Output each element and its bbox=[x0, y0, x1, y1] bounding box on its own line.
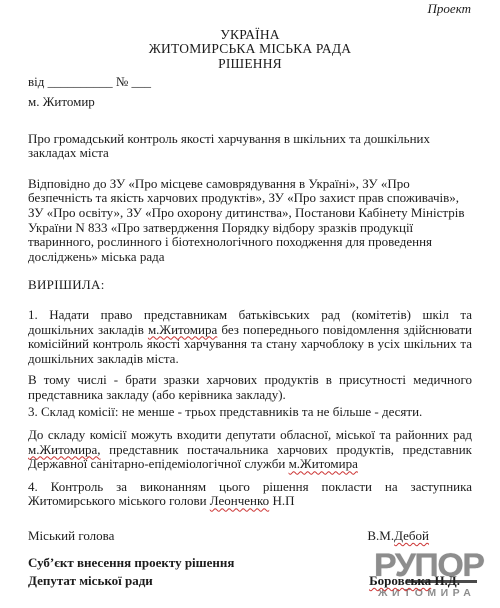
misspelled-word: Леонченко bbox=[210, 493, 269, 508]
resolved-label: ВИРІШИЛА: bbox=[28, 278, 472, 293]
document-body: Проект УКРАЇНА ЖИТОМИРСЬКА МІСЬКА РАДА Р… bbox=[0, 2, 500, 589]
misspelled-word: Дебой bbox=[394, 528, 429, 543]
header-doc-type: РІШЕННЯ bbox=[28, 57, 472, 72]
item4-text: Н.П bbox=[269, 493, 294, 508]
header-council: ЖИТОМИРСЬКА МІСЬКА РАДА bbox=[28, 42, 472, 57]
draft-label: Проект bbox=[28, 2, 472, 17]
mayor-signature-row: Міський голова В.М.Дебой bbox=[28, 529, 472, 544]
resolution-item-4: 4. Контроль за виконанням цього рішення … bbox=[28, 480, 472, 509]
deputy-initials: Н.Д. bbox=[431, 573, 460, 588]
deputy-name: Боровська Н.Д. bbox=[369, 574, 460, 589]
resolution-item-3: 3. Склад комісії: не менше - трьох предс… bbox=[28, 405, 472, 420]
misspelled-word: м.Житомира bbox=[289, 456, 358, 471]
resolution-item-3-note: До складу комісії можуть входити депутат… bbox=[28, 428, 472, 472]
misspelled-word: м.Житомира bbox=[148, 322, 217, 337]
resolution-item-1: 1. Надати право представникам батьківськ… bbox=[28, 308, 472, 366]
submitter-label: Суб’єкт внесення проекту рішення bbox=[28, 556, 472, 571]
deputy-signature-row: Депутат міської ради Боровська Н.Д. bbox=[28, 574, 472, 589]
item3-note-text: До складу комісії можуть входити депутат… bbox=[28, 427, 472, 442]
document-page: РУПОР ЖИТОМИРА Проект УКРАЇНА ЖИТОМИРСЬК… bbox=[0, 0, 500, 608]
mayor-initials: В.М. bbox=[367, 528, 394, 543]
misspelled-word: м.Житомира, bbox=[28, 442, 101, 457]
resolution-item-1-note: В тому числі - брати зразки харчових про… bbox=[28, 373, 472, 402]
date-number-line: від __________ № ___ bbox=[28, 75, 472, 90]
misspelled-word: Боровська bbox=[369, 573, 431, 588]
header-country: УКРАЇНА bbox=[28, 28, 472, 43]
deputy-title: Депутат міської ради bbox=[28, 574, 153, 589]
subject-paragraph: Про громадський контроль якості харчуван… bbox=[28, 132, 472, 161]
city-line: м. Житомир bbox=[28, 95, 472, 110]
document-header: УКРАЇНА ЖИТОМИРСЬКА МІСЬКА РАДА РІШЕННЯ bbox=[28, 28, 472, 72]
legal-basis-paragraph: Відповідно до ЗУ «Про місцеве самоврядув… bbox=[28, 177, 472, 265]
mayor-name: В.М.Дебой bbox=[367, 529, 429, 544]
mayor-title: Міський голова bbox=[28, 529, 114, 544]
